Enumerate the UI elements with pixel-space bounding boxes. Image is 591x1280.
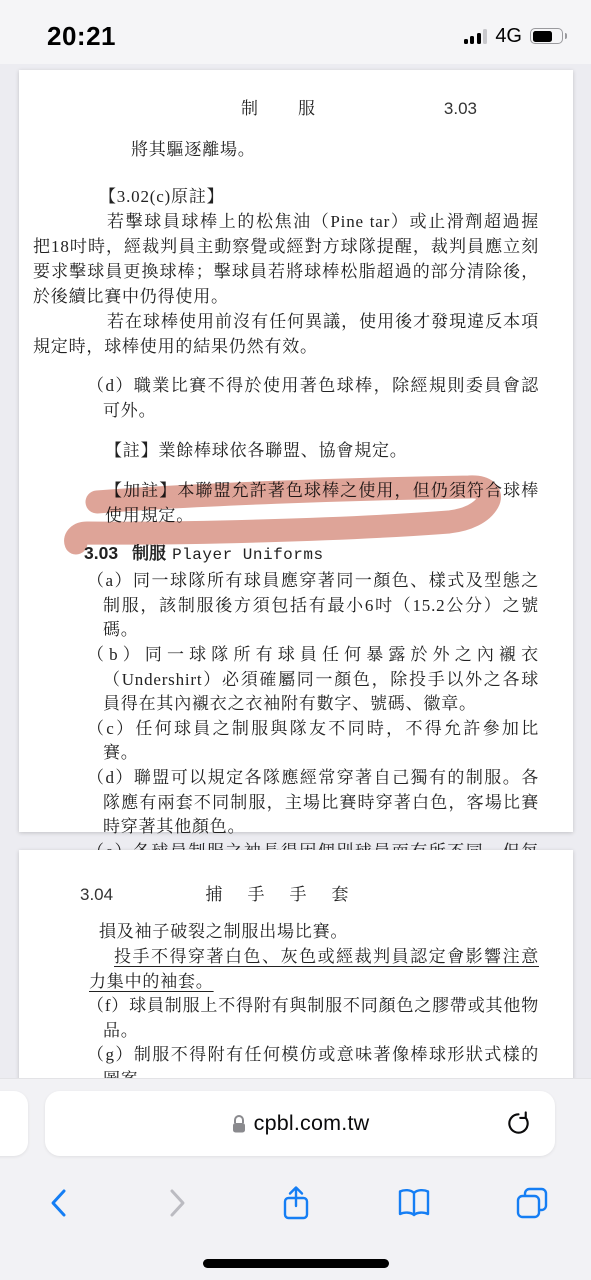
document-paragraph: （g）制服不得附有任何模仿或意味著像棒球形狀式樣的圖案。 (19, 1043, 539, 1078)
rule-item-paragraph: （c）任何球員之制服與隊友不同時，不得允許參加比賽。 (19, 717, 539, 766)
tabs-overview-icon (514, 1185, 550, 1221)
status-bar: 20:21 4G (0, 0, 591, 64)
status-icons: 4G (464, 25, 563, 48)
iphone-safari-screen: 20:21 4G 制 服 3.03 將其驅逐離場。【3.02(c)原註】若擊球員… (0, 0, 591, 1280)
address-bar[interactable]: cpbl.com.tw (45, 1091, 555, 1156)
lock-icon (231, 1114, 247, 1134)
share-icon (279, 1184, 313, 1222)
section-heading-3-03: 3.03制服Player Uniforms (84, 541, 539, 568)
document-paragraph: （f）球員制服上不得附有與制服不同顏色之膠帶或其他物品。 (19, 994, 539, 1043)
open-book-icon (395, 1186, 433, 1220)
chevron-left-icon (46, 1187, 72, 1219)
chevron-right-icon (164, 1187, 190, 1219)
running-header-title: 捕 手 手 套 (206, 882, 353, 907)
document-paragraph: 若在球棒使用前沒有任何異議，使用後才發現違反本項規定時，球棒使用的結果仍然有效。 (19, 309, 539, 359)
pdf-page-8: 3.04 捕 手 手 套 損及袖子破裂之制服出場比賽。投手不得穿著白色、灰色或經… (19, 850, 573, 1078)
forward-button[interactable] (118, 1187, 236, 1219)
rule-item-paragraph: （a）同一球隊所有球員應穿著同一顏色、樣式及型態之制服，該制服後方須包括有最小6… (19, 569, 539, 643)
document-paragraph: 【註】業餘棒球依各聯盟、協會規定。 (19, 438, 539, 463)
url-text: cpbl.com.tw (254, 1111, 370, 1136)
safari-toolbar (0, 1173, 591, 1233)
pdf-viewer[interactable]: 制 服 3.03 將其驅逐離場。【3.02(c)原註】若擊球員球棒上的松焦油（P… (0, 64, 591, 1078)
bookmarks-button[interactable] (355, 1186, 473, 1220)
pdf-page-7: 制 服 3.03 將其驅逐離場。【3.02(c)原註】若擊球員球棒上的松焦油（P… (19, 70, 573, 832)
section-title-zh: 制服 (132, 544, 166, 563)
network-type-label: 4G (495, 25, 522, 48)
cellular-signal-icon (464, 29, 488, 44)
rule-item-paragraph: （b）同一球隊所有球員任何暴露於外之內襯衣（Undershirt）必須確屬同一顏… (19, 643, 539, 717)
reload-button[interactable] (503, 1109, 533, 1139)
rule-item-paragraph: （d）聯盟可以規定各隊應經常穿著自己獨有的制服。各隊應有兩套不同制服，主場比賽時… (19, 766, 539, 840)
home-indicator[interactable] (203, 1259, 389, 1268)
document-paragraph: （d）職業比賽不得於使用著色球棒，除經規則委員會認可外。 (19, 374, 539, 423)
document-paragraph: 損及袖子破裂之制服出場比賽。 (19, 919, 539, 944)
document-paragraph: 若擊球員球棒上的松焦油（Pine tar）或止滑劑超過握把18吋時，經裁判員主動… (19, 209, 539, 309)
document-paragraph: 投手不得穿著白色、灰色或經裁判員認定會影響注意力集中的袖套。 (19, 944, 539, 994)
previous-tab-peek[interactable] (0, 1091, 28, 1156)
section-title-en: Player Uniforms (172, 546, 324, 564)
running-header-title: 制 服 (241, 96, 317, 121)
safari-bottom-chrome: cpbl.com.tw (0, 1078, 591, 1280)
page8-paragraphs: 損及袖子破裂之制服出場比賽。投手不得穿著白色、灰色或經裁判員認定會影響注意力集中… (19, 919, 539, 1078)
document-paragraph: 將其驅逐離場。 (19, 137, 539, 162)
battery-icon (530, 28, 563, 44)
section-number: 3.03 (84, 543, 118, 563)
running-header-section-number: 3.04 (80, 882, 113, 907)
document-paragraph: 【3.02(c)原註】 (19, 184, 539, 209)
tabs-button[interactable] (473, 1185, 591, 1221)
clock-label: 20:21 (47, 21, 116, 52)
page-running-header: 制 服 3.03 (19, 96, 539, 121)
back-button[interactable] (0, 1187, 118, 1219)
page-running-header: 3.04 捕 手 手 套 (19, 882, 539, 907)
running-header-section-number: 3.03 (444, 96, 477, 121)
page7-paragraphs: 將其驅逐離場。【3.02(c)原註】若擊球員球棒上的松焦油（Pine tar）或… (19, 137, 539, 528)
document-paragraph: 【加註】本聯盟允許著色球棒之使用，但仍須符合球棒使用規定。 (19, 478, 539, 528)
share-button[interactable] (236, 1184, 354, 1222)
